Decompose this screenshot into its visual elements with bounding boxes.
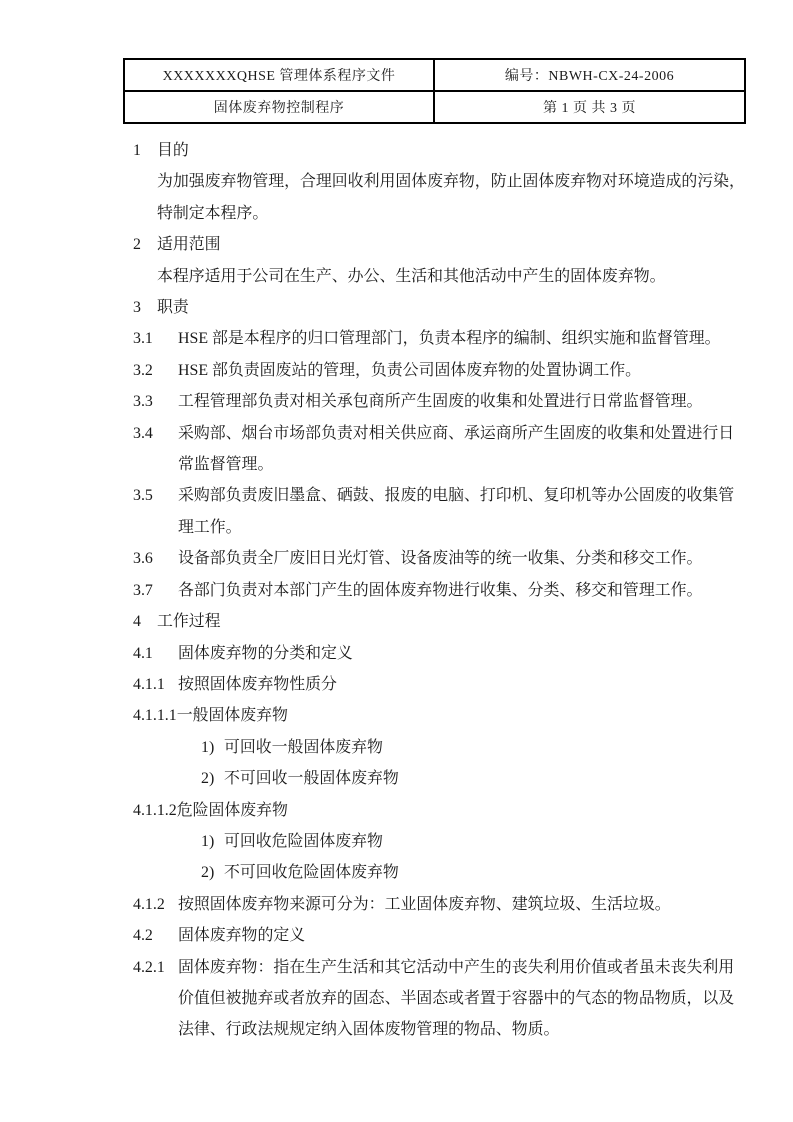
section-title: 工作过程 (157, 606, 747, 637)
section-title: 职责 (157, 292, 747, 323)
subsection-3-2: 3.2 HSE 部负责固废站的管理，负责公司固体废弃物的处置协调工作。 (133, 355, 747, 386)
list-item-marker: 2) (201, 857, 224, 888)
document-header-table: XXXXXXXQHSE 管理体系程序文件 编号：NBWH-CX-24-2006 … (123, 58, 746, 124)
subsection-4-1-1-1: 4.1.1.1 一般固体废弃物 (133, 700, 747, 731)
subsection-number: 4.1.1.1 (133, 700, 177, 731)
list-item-text: 不可回收危险固体废弃物 (224, 857, 747, 888)
list-item-text: 可回收危险固体废弃物 (224, 826, 747, 857)
subsection-text: 按照固体废弃物性质分 (178, 669, 747, 700)
subsection-4-2: 4.2 固体废弃物的定义 (133, 920, 747, 951)
subsection-number: 4.2 (133, 920, 178, 951)
subsection-3-6: 3.6 设备部负责全厂废旧日光灯管、设备废油等的统一收集、分类和移交工作。 (133, 543, 747, 574)
subsection-3-4: 3.4 采购部、烟台市场部负责对相关供应商、承运商所产生固废的收集和处置进行日常… (133, 418, 747, 481)
list-item-marker: 1) (201, 826, 224, 857)
subsection-text: 一般固体废弃物 (177, 700, 747, 731)
subsection-text: 采购部、烟台市场部负责对相关供应商、承运商所产生固废的收集和处置进行日常监督管理… (178, 418, 747, 481)
list-item: 1) 可回收一般固体废弃物 (133, 732, 747, 763)
subsection-number: 4.1.2 (133, 889, 178, 920)
header-row-2: 固体废弃物控制程序 第 1 页 共 3 页 (124, 91, 745, 123)
subsection-text: HSE 部负责固废站的管理，负责公司固体废弃物的处置协调工作。 (178, 355, 747, 386)
section-heading-4: 4 工作过程 (133, 606, 747, 637)
subsection-3-1: 3.1 HSE 部是本程序的归口管理部门，负责本程序的编制、组织实施和监督管理。 (133, 323, 747, 354)
subsection-number: 3.5 (133, 480, 178, 511)
header-row-1: XXXXXXXQHSE 管理体系程序文件 编号：NBWH-CX-24-2006 (124, 59, 745, 91)
subsection-text: 设备部负责全厂废旧日光灯管、设备废油等的统一收集、分类和移交工作。 (178, 543, 747, 574)
subsection-4-1-2: 4.1.2 按照固体废弃物来源可分为：工业固体废弃物、建筑垃圾、生活垃圾。 (133, 889, 747, 920)
subsection-text: 按照固体废弃物来源可分为：工业固体废弃物、建筑垃圾、生活垃圾。 (178, 889, 747, 920)
section-heading-3: 3 职责 (133, 292, 747, 323)
section-heading-2: 2 适用范围 (133, 229, 747, 260)
subsection-4-2-1: 4.2.1 固体废弃物：指在生产生活和其它活动中产生的丧失利用价值或者虽未丧失利… (133, 952, 747, 1046)
doc-number-cell: 编号：NBWH-CX-24-2006 (434, 59, 745, 91)
subsection-number: 3.6 (133, 543, 178, 574)
subsection-number: 3.1 (133, 323, 178, 354)
list-item-text: 可回收一般固体废弃物 (224, 732, 747, 763)
subsection-3-5: 3.5 采购部负责废旧墨盒、硒鼓、报废的电脑、打印机、复印机等办公固废的收集管理… (133, 480, 747, 543)
section-number: 4 (133, 606, 157, 637)
section-title: 目的 (157, 135, 747, 166)
subsection-number: 3.4 (133, 418, 178, 449)
subsection-text: 固体废弃物的分类和定义 (178, 638, 747, 669)
subsection-number: 4.1.1 (133, 669, 178, 700)
subsection-number: 3.3 (133, 386, 178, 417)
section-title: 适用范围 (157, 229, 747, 260)
subsection-number: 4.1 (133, 638, 178, 669)
subsection-4-1: 4.1 固体废弃物的分类和定义 (133, 638, 747, 669)
subsection-text: 危险固体废弃物 (177, 795, 747, 826)
subsection-number: 3.7 (133, 575, 178, 606)
paragraph: 为加强废弃物管理，合理回收利用固体废弃物，防止固体废弃物对环境造成的污染，特制定… (133, 166, 747, 229)
subsection-4-1-1-2: 4.1.1.2 危险固体废弃物 (133, 795, 747, 826)
doc-title-cell: 固体废弃物控制程序 (124, 91, 434, 123)
subsection-3-3: 3.3 工程管理部负责对相关承包商所产生固废的收集和处置进行日常监督管理。 (133, 386, 747, 417)
section-heading-1: 1 目的 (133, 135, 747, 166)
section-number: 3 (133, 292, 157, 323)
subsection-3-7: 3.7 各部门负责对本部门产生的固体废弃物进行收集、分类、移交和管理工作。 (133, 575, 747, 606)
list-item-marker: 1) (201, 732, 224, 763)
subsection-text: 各部门负责对本部门产生的固体废弃物进行收集、分类、移交和管理工作。 (178, 575, 747, 606)
paragraph-text: 本程序适用于公司在生产、办公、生活和其他活动中产生的固体废弃物。 (157, 261, 747, 292)
subsection-number: 3.2 (133, 355, 178, 386)
subsection-text: 固体废弃物的定义 (178, 920, 747, 951)
subsection-text: HSE 部是本程序的归口管理部门，负责本程序的编制、组织实施和监督管理。 (178, 323, 747, 354)
subsection-text: 工程管理部负责对相关承包商所产生固废的收集和处置进行日常监督管理。 (178, 386, 747, 417)
paragraph: 本程序适用于公司在生产、办公、生活和其他活动中产生的固体废弃物。 (133, 261, 747, 292)
subsection-text: 采购部负责废旧墨盒、硒鼓、报废的电脑、打印机、复印机等办公固废的收集管理工作。 (178, 480, 747, 543)
subsection-4-1-1: 4.1.1 按照固体废弃物性质分 (133, 669, 747, 700)
document-body: 1 目的 为加强废弃物管理，合理回收利用固体废弃物，防止固体废弃物对环境造成的污… (133, 135, 747, 1046)
section-number: 2 (133, 229, 157, 260)
paragraph-text: 为加强废弃物管理，合理回收利用固体废弃物，防止固体废弃物对环境造成的污染，特制定… (157, 166, 747, 229)
subsection-number: 4.1.1.2 (133, 795, 177, 826)
page-number-cell: 第 1 页 共 3 页 (434, 91, 745, 123)
section-number: 1 (133, 135, 157, 166)
list-item: 2) 不可回收一般固体废弃物 (133, 763, 747, 794)
list-item-text: 不可回收一般固体废弃物 (224, 763, 747, 794)
list-item: 2) 不可回收危险固体废弃物 (133, 857, 747, 888)
list-item: 1) 可回收危险固体废弃物 (133, 826, 747, 857)
document-page: XXXXXXXQHSE 管理体系程序文件 编号：NBWH-CX-24-2006 … (0, 0, 793, 1122)
subsection-text: 固体废弃物：指在生产生活和其它活动中产生的丧失利用价值或者虽未丧失利用价值但被抛… (178, 952, 747, 1046)
doc-system-cell: XXXXXXXQHSE 管理体系程序文件 (124, 59, 434, 91)
subsection-number: 4.2.1 (133, 952, 178, 983)
list-item-marker: 2) (201, 763, 224, 794)
